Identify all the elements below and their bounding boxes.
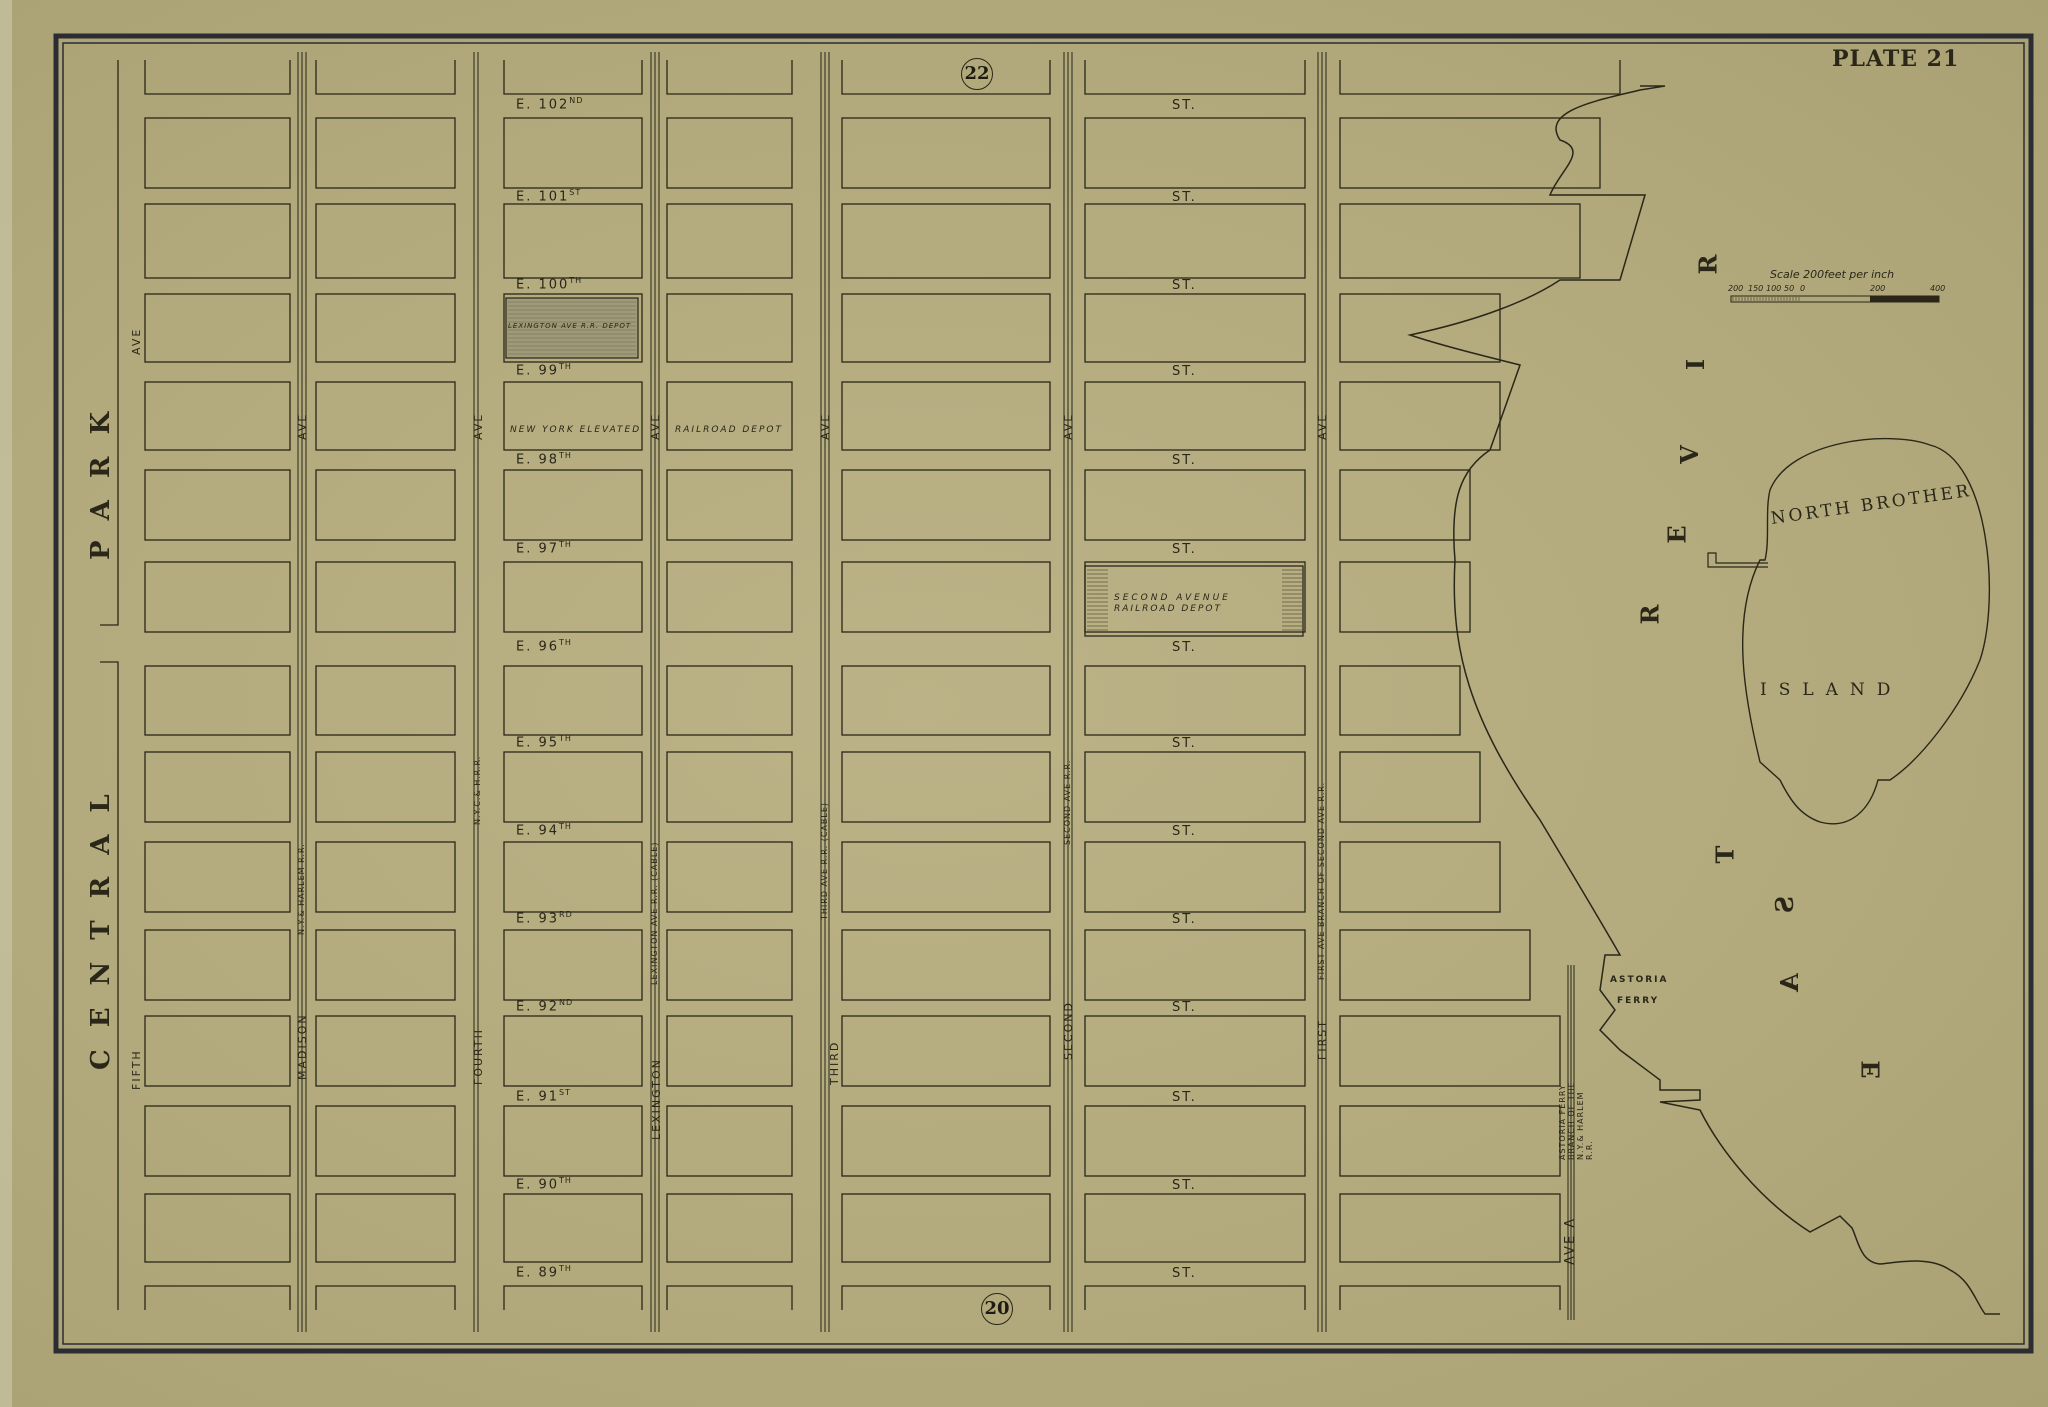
city-block: [667, 1016, 792, 1086]
city-block: [1340, 294, 1500, 362]
city-block: [316, 470, 455, 540]
river-letter: V: [1675, 445, 1704, 464]
city-block: [504, 842, 642, 912]
city-block: [316, 842, 455, 912]
railroad-label: FIRST AVE BRANCH OF SECOND AVE R.R.: [1317, 782, 1326, 980]
city-block: [667, 1106, 792, 1176]
city-block: [1085, 382, 1305, 450]
island-name-line2: ISLAND: [1760, 680, 1902, 700]
city-block: [667, 842, 792, 912]
city-block: [504, 1106, 642, 1176]
lexington-depot-label: LEXINGTON AVE R.R. DEPOT: [508, 322, 631, 330]
city-block: [1085, 118, 1305, 188]
river-letter: R: [1635, 605, 1664, 625]
astoria-ferry-label: ASTORIA: [1610, 975, 1668, 985]
city-block: [842, 842, 1050, 912]
city-block: [1340, 752, 1480, 822]
street-label: E. 97TH: [516, 540, 572, 556]
city-block: [1085, 1194, 1305, 1262]
city-block: [145, 1194, 290, 1262]
avenue-name: FOURTH: [472, 1028, 485, 1085]
river-letter: I: [1681, 359, 1710, 370]
street-label: E. 100TH: [516, 276, 582, 292]
city-block: [145, 1016, 290, 1086]
city-block: [504, 1194, 642, 1262]
street-label: E. 102ND: [516, 96, 583, 112]
avenue-a-label: AVE A: [1563, 1217, 1578, 1265]
city-block: [1340, 1194, 1560, 1262]
scale-bar-fill: [1870, 296, 1939, 302]
city-block: [504, 562, 642, 632]
city-block: [1085, 1016, 1305, 1086]
city-block: [145, 930, 290, 1000]
scale-tick-label: 200: [1870, 284, 1885, 293]
railroad-label: SECOND AVE R.R.: [1063, 760, 1072, 845]
fifth-ave-label: AVE: [130, 328, 143, 355]
city-block: [316, 666, 455, 735]
city-block: [1340, 562, 1470, 632]
city-block: [1340, 118, 1600, 188]
city-block: [504, 60, 642, 94]
city-block: [504, 666, 642, 735]
city-block: [145, 118, 290, 188]
city-block: [316, 1016, 455, 1086]
city-block: [316, 1194, 455, 1262]
city-block: [842, 470, 1050, 540]
city-block: [667, 666, 792, 735]
city-block: [145, 562, 290, 632]
city-block: [667, 294, 792, 362]
city-block: [316, 752, 455, 822]
scale-tick-label: 100: [1766, 284, 1781, 293]
city-block: [842, 204, 1050, 278]
street-st-label: ST.: [1172, 98, 1197, 113]
city-block: [316, 930, 455, 1000]
avenue-ave-label: AVE: [472, 413, 485, 440]
city-block: [1340, 204, 1580, 278]
map-drawing: [0, 0, 2048, 1407]
inner-border: [63, 43, 2024, 1344]
city-block: [667, 382, 792, 450]
city-block: [504, 118, 642, 188]
railroad-label: THIRD AVE R.R. (CABLE): [820, 802, 829, 920]
city-block: [316, 562, 455, 632]
city-block: [842, 294, 1050, 362]
city-block: [316, 1106, 455, 1176]
street-st-label: ST.: [1172, 1000, 1197, 1015]
scale-tick-label: 200: [1728, 284, 1743, 293]
avenue-name: LEXINGTON: [650, 1058, 663, 1140]
central-label: CENTRAL: [86, 772, 116, 1070]
city-block: [1085, 752, 1305, 822]
railroad-label: N.Y.& HARLEM R.R.: [297, 843, 306, 935]
city-block: [1340, 1016, 1560, 1086]
city-block: [316, 294, 455, 362]
city-block: [1340, 666, 1460, 735]
fifth-label: FIFTH: [130, 1049, 143, 1090]
city-block: [667, 930, 792, 1000]
city-block: [504, 930, 642, 1000]
east-letter: A: [1775, 973, 1804, 992]
street-st-label: ST.: [1172, 736, 1197, 751]
astoria-ferry-label-2: FERRY: [1617, 996, 1659, 1006]
astoria-ferry-branch-label: ASTORIA FERRY BRANCH OF THE N.Y.& HARLEM…: [1558, 1070, 1594, 1160]
street-label: E. 91ST: [516, 1088, 571, 1104]
city-block: [316, 204, 455, 278]
scale-tick-label: 150: [1748, 284, 1763, 293]
elevated-depot-label-1: NEW YORK ELEVATED: [510, 425, 641, 435]
street-label: E. 98TH: [516, 451, 572, 467]
city-block: [667, 1286, 792, 1310]
street-st-label: ST.: [1172, 1178, 1197, 1193]
plate-title: PLATE 21: [1832, 46, 1959, 72]
street-st-label: ST.: [1172, 190, 1197, 205]
city-block: [667, 204, 792, 278]
city-block: [1085, 294, 1305, 362]
avenue-name: MADISON: [296, 1013, 309, 1080]
city-block: [842, 382, 1050, 450]
east-letter: S: [1770, 896, 1799, 913]
city-block: [504, 1286, 642, 1310]
street-label: E. 95TH: [516, 734, 572, 750]
city-block: [145, 666, 290, 735]
sheet-ref-top[interactable]: 22: [961, 58, 993, 90]
city-block: [316, 118, 455, 188]
avenue-ave-label: AVE: [819, 413, 832, 440]
street-st-label: ST.: [1172, 1090, 1197, 1105]
city-block: [842, 1106, 1050, 1176]
street-label: E. 90TH: [516, 1176, 572, 1192]
city-block: [667, 470, 792, 540]
city-block: [842, 562, 1050, 632]
city-block: [1340, 842, 1500, 912]
street-label: E. 94TH: [516, 822, 572, 838]
city-block: [1085, 1106, 1305, 1176]
city-block: [1085, 60, 1305, 94]
avenue-ave-label: AVE: [1062, 413, 1075, 440]
east-letter: E: [1857, 1060, 1886, 1078]
city-block: [1085, 1286, 1305, 1310]
railroad-label: N.Y.C.& H.R.R.: [473, 756, 482, 825]
city-block: [667, 562, 792, 632]
city-block: [145, 60, 290, 94]
city-block: [504, 470, 642, 540]
city-block: [1085, 930, 1305, 1000]
scale-tick-label: 400: [1930, 284, 1945, 293]
outer-border: [56, 36, 2031, 1351]
city-block: [667, 752, 792, 822]
street-st-label: ST.: [1172, 364, 1197, 379]
city-block: [316, 60, 455, 94]
second-depot-label-2: RAILROAD DEPOT: [1114, 604, 1222, 614]
avenue-name: FIRST: [1316, 1019, 1329, 1060]
street-label: E. 93RD: [516, 910, 573, 926]
street-label: E. 99TH: [516, 362, 572, 378]
city-block: [504, 1016, 642, 1086]
city-block: [1340, 930, 1530, 1000]
avenue-name: THIRD: [828, 1041, 841, 1085]
park-label: PARK: [86, 390, 116, 560]
avenue-ave-label: AVE: [296, 413, 309, 440]
street-st-label: ST.: [1172, 912, 1197, 927]
city-block: [842, 752, 1050, 822]
avenue-ave-label: AVE: [649, 413, 662, 440]
scale-tick-label: 50: [1784, 284, 1794, 293]
scale-tick-label: 0: [1800, 284, 1805, 293]
city-block: [504, 752, 642, 822]
street-st-label: ST.: [1172, 278, 1197, 293]
city-block: [842, 60, 1050, 94]
city-block: [145, 1286, 290, 1310]
island-pier: [1708, 553, 1768, 567]
sheet-ref-bottom[interactable]: 20: [981, 1293, 1013, 1325]
railroad-label: LEXINGTON AVE R.R. (CABLE): [650, 842, 659, 985]
city-block: [145, 382, 290, 450]
city-block: [667, 1194, 792, 1262]
scale-title: Scale 200feet per inch: [1770, 268, 1894, 281]
second-depot-label-1: SECOND AVENUE: [1114, 593, 1231, 603]
city-block: [1085, 842, 1305, 912]
city-block: [316, 382, 455, 450]
street-st-label: ST.: [1172, 640, 1197, 655]
city-block: [667, 118, 792, 188]
street-st-label: ST.: [1172, 824, 1197, 839]
city-block: [842, 1016, 1050, 1086]
river-letter: E: [1663, 525, 1692, 543]
street-st-label: ST.: [1172, 453, 1197, 468]
city-block: [842, 1194, 1050, 1262]
city-block: [1340, 382, 1500, 450]
avenue-name: SECOND: [1062, 1001, 1075, 1060]
street-st-label: ST.: [1172, 542, 1197, 557]
street-label: E. 96TH: [516, 638, 572, 654]
street-st-label: ST.: [1172, 1266, 1197, 1281]
city-block: [145, 204, 290, 278]
city-block: [145, 470, 290, 540]
east-letter: T: [1710, 846, 1739, 864]
city-block: [145, 294, 290, 362]
city-block: [842, 930, 1050, 1000]
city-block: [1085, 666, 1305, 735]
city-block: [504, 382, 642, 450]
city-block: [1340, 470, 1470, 540]
city-block: [1340, 1286, 1560, 1310]
city-block: [667, 60, 792, 94]
elevated-depot-label-2: RAILROAD DEPOT: [675, 425, 783, 435]
city-block: [145, 1106, 290, 1176]
street-label: E. 92ND: [516, 998, 573, 1014]
city-block: [1085, 470, 1305, 540]
city-block: [1340, 60, 1620, 94]
city-block: [842, 666, 1050, 735]
avenue-ave-label: AVE: [1316, 413, 1329, 440]
city-block: [145, 752, 290, 822]
street-label: E. 101ST: [516, 188, 581, 204]
city-block: [1085, 204, 1305, 278]
street-label: E. 89TH: [516, 1264, 572, 1280]
city-block: [1340, 1106, 1560, 1176]
river-letter: R: [1693, 255, 1722, 275]
city-block: [504, 204, 642, 278]
city-block: [842, 118, 1050, 188]
city-block: [145, 842, 290, 912]
city-block: [316, 1286, 455, 1310]
city-block: [842, 1286, 1050, 1310]
